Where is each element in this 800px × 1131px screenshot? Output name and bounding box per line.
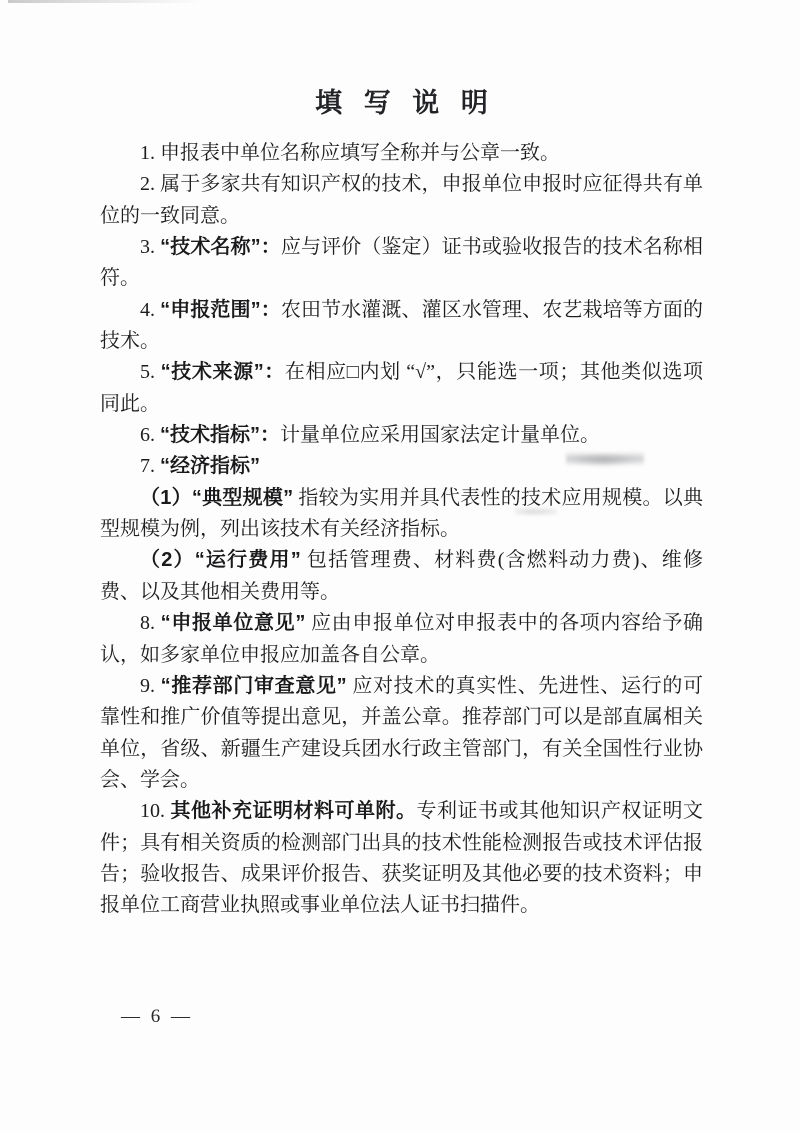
body-text: 2. 属于多家共有知识产权的技术，申报单位申报时应征得共有单位的一致同意。 bbox=[100, 173, 703, 226]
bold-term: 其他补充证明材料可单附。 bbox=[171, 800, 417, 822]
bold-term: “申报范围”： bbox=[160, 299, 281, 321]
bold-term: “技术来源”： bbox=[161, 361, 285, 383]
instruction-paragraph: 5. “技术来源”：在相应□内划 “√”，只能选一项；其他类似选项同此。 bbox=[100, 357, 703, 420]
instruction-paragraph: 10. 其他补充证明材料可单附。专利证书或其他知识产权证明文件；具有相关资质的检… bbox=[100, 796, 703, 921]
instruction-paragraph: 3. “技术名称”：应与评价（鉴定）证书或验收报告的技术名称相符。 bbox=[100, 232, 703, 295]
body-text: 4. bbox=[140, 299, 160, 321]
instruction-paragraph: 8. “申报单位意见” 应由申报单位对申报表中的各项内容给予确认，如多家单位申报… bbox=[100, 608, 703, 671]
body-text: 6. bbox=[140, 424, 160, 446]
instruction-paragraph: 7. “经济指标” bbox=[100, 451, 703, 482]
page-title: 填写说明 bbox=[100, 86, 703, 120]
page-number: — 6 — bbox=[121, 1006, 193, 1028]
body-text: 计量单位应采用国家法定计量单位。 bbox=[280, 424, 600, 446]
bold-term: “推荐部门审查意见” bbox=[161, 675, 347, 697]
instruction-paragraph: （1）“典型规模” 指较为实用并具代表性的技术应用规模。以典型规模为例，列出该技… bbox=[100, 483, 703, 546]
instruction-paragraph: （2）“运行费用” 包括管理费、材料费(含燃料动力费)、维修费、以及其他相关费用… bbox=[100, 545, 703, 608]
body-text: 9. bbox=[140, 675, 161, 697]
bold-term: “技术名称”： bbox=[160, 236, 281, 258]
bold-term: （1）“典型规模” bbox=[140, 487, 293, 509]
instructions-list: 1. 申报表中单位名称应填写全称并与公章一致。2. 属于多家共有知识产权的技术，… bbox=[100, 138, 703, 922]
scan-edge-artifact bbox=[8, 0, 203, 3]
instruction-paragraph: 9. “推荐部门审查意见” 应对技术的真实性、先进性、运行的可靠性和推广价值等提… bbox=[100, 671, 703, 796]
bold-term: “技术指标”： bbox=[160, 424, 280, 446]
document-page: 填写说明 1. 申报表中单位名称应填写全称并与公章一致。2. 属于多家共有知识产… bbox=[0, 0, 800, 1131]
instruction-paragraph: 2. 属于多家共有知识产权的技术，申报单位申报时应征得共有单位的一致同意。 bbox=[100, 169, 703, 232]
instruction-paragraph: 6. “技术指标”：计量单位应采用国家法定计量单位。 bbox=[100, 420, 703, 451]
instruction-paragraph: 1. 申报表中单位名称应填写全称并与公章一致。 bbox=[100, 138, 703, 169]
body-text: 8. bbox=[140, 612, 161, 634]
instruction-paragraph: 4. “申报范围”：农田节水灌溉、灌区水管理、农艺栽培等方面的技术。 bbox=[100, 295, 703, 358]
body-text: 10. bbox=[140, 800, 171, 822]
body-text: 3. bbox=[140, 236, 160, 258]
bold-term: “申报单位意见” bbox=[161, 612, 306, 634]
bold-term: （2）“运行费用” bbox=[140, 549, 301, 571]
body-text: 5. bbox=[140, 361, 161, 383]
body-text: 1. 申报表中单位名称应填写全称并与公章一致。 bbox=[140, 142, 560, 164]
body-text: 7. bbox=[140, 455, 160, 477]
bold-term: “经济指标” bbox=[160, 455, 260, 477]
